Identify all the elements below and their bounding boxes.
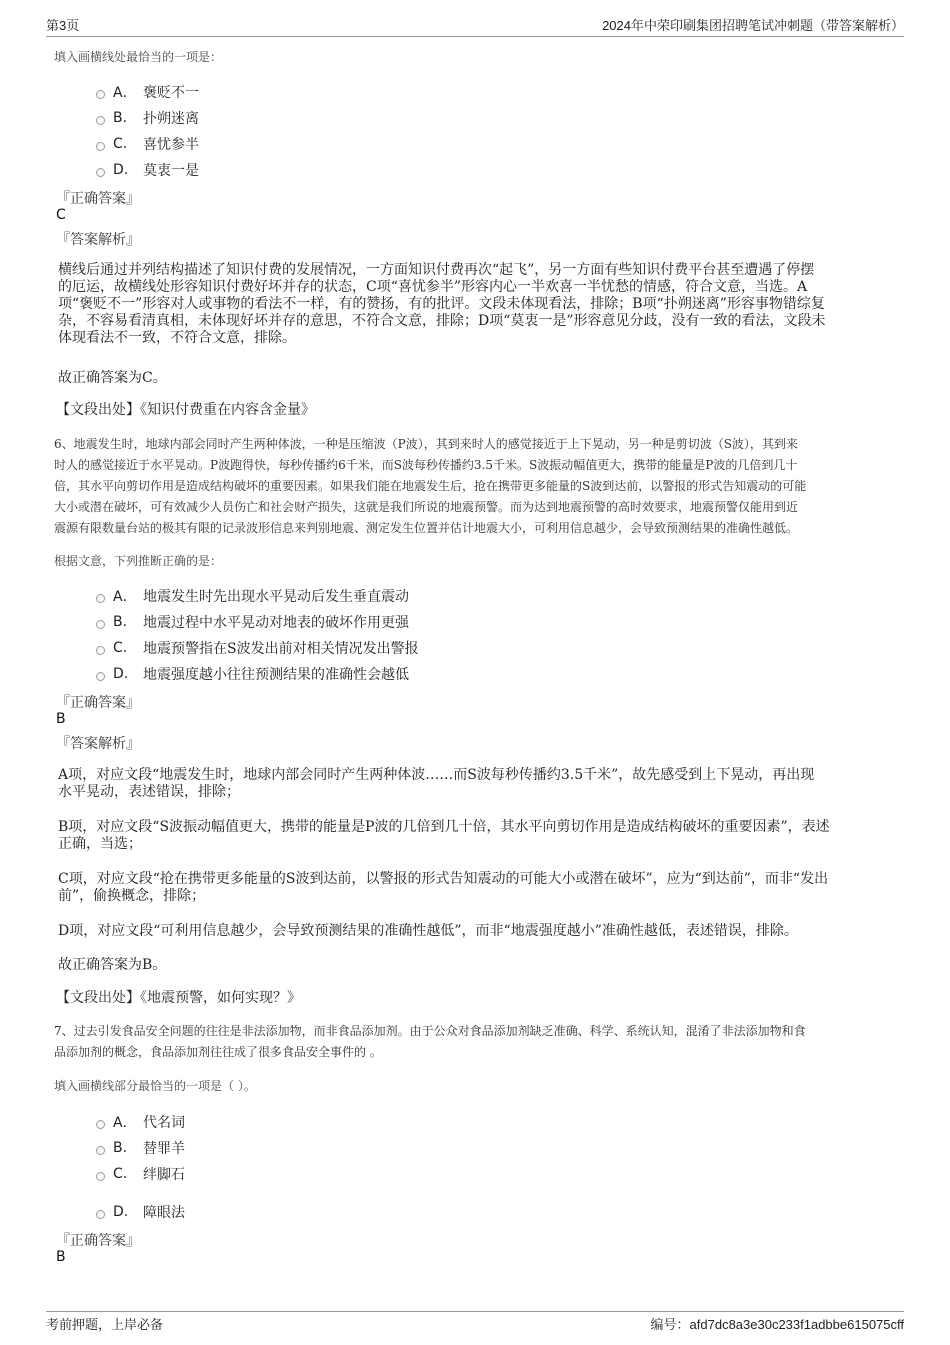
radio-button[interactable] <box>96 1172 105 1181</box>
page-footer: 考前押题，上岸必备 编号：afd7dc8a3e30c233f1adbbe6150… <box>46 1311 904 1334</box>
q6-prompt: 根据文意，下列推断正确的是： <box>54 552 222 569</box>
q6-option-d[interactable]: D. 地震强度越小往往预测结果的准确性会越低 <box>96 664 409 684</box>
q5-option-a[interactable]: A． 褒贬不一 <box>96 82 199 102</box>
q5-source: 【文段出处】《知识付费重在内容含金量》 <box>56 402 315 419</box>
document-serial: 编号：afd7dc8a3e30c233f1adbbe615075cff <box>651 1314 904 1333</box>
radio-button[interactable] <box>96 646 105 655</box>
q5-answer: C <box>56 207 66 223</box>
q7-prompt: 填入画横线部分最恰当的一项是（ ）。 <box>54 1077 256 1094</box>
q6-stem: 6、地震发生时，地球内部会同时产生两种体波，一种是压缩波（P波），其到来时人的感… <box>54 434 904 539</box>
q5-analysis-label: 『答案解析』 <box>56 229 140 249</box>
q7-option-d[interactable]: D. 障眼法 <box>96 1202 185 1222</box>
q7-option-b[interactable]: B. 替罪羊 <box>96 1138 185 1158</box>
radio-button[interactable] <box>96 672 105 681</box>
q5-analysis: 横线后通过并列结构描述了知识付费的发展情况，一方面知识付费再次“起飞”，另一方面… <box>58 262 898 347</box>
q6-conclusion: 故正确答案为B。 <box>58 957 166 974</box>
q7-answer: B <box>56 1249 66 1265</box>
radio-button[interactable] <box>96 1210 105 1219</box>
q6-analysis-b: B项，对应文段“S波振动幅值更大，携带的能量是P波的几倍到几十倍，其水平向剪切作… <box>58 819 898 853</box>
q7-answer-label: 『正确答案』 <box>56 1230 140 1250</box>
q5-conclusion: 故正确答案为C。 <box>58 370 167 387</box>
q5-option-d[interactable]: D. 莫衷一是 <box>96 160 199 180</box>
q5-answer-label: 『正确答案』 <box>56 188 140 208</box>
radio-button[interactable] <box>96 594 105 603</box>
q6-option-a[interactable]: A． 地震发生时先出现水平晃动后发生垂直震动 <box>96 586 409 606</box>
q6-option-b[interactable]: B. 地震过程中水平晃动对地表的破坏作用更强 <box>96 612 409 632</box>
q6-analysis-d: D项，对应文段“可利用信息越少，会导致预测结果的准确性越低”，而非“地震强度越小… <box>58 923 898 940</box>
q5-option-c[interactable]: C. 喜忧参半 <box>96 134 199 154</box>
q5-option-b[interactable]: B. 扑朔迷离 <box>96 108 199 128</box>
q6-answer: B <box>56 711 66 727</box>
radio-button[interactable] <box>96 620 105 629</box>
q6-option-c[interactable]: C. 地震预警指在S波发出前对相关情况发出警报 <box>96 638 419 658</box>
page-header: 第3页 2024年中荣印刷集团招聘笔试冲刺题（带答案解析） <box>46 14 904 37</box>
footer-slogan: 考前押题，上岸必备 <box>46 1314 163 1333</box>
page-number: 第3页 <box>46 15 79 34</box>
q6-analysis-c: C项，对应文段“抢在携带更多能量的S波到达前，以警报的形式告知震动的可能大小或潜… <box>58 871 898 905</box>
q7-option-a[interactable]: A． 代名词 <box>96 1112 185 1132</box>
q6-analysis-label: 『答案解析』 <box>56 733 140 753</box>
document-title: 2024年中荣印刷集团招聘笔试冲刺题（带答案解析） <box>602 15 904 34</box>
q7-stem: 7、过去引发食品安全问题的往往是非法添加物，而非食品添加剂。由于公众对食品添加剂… <box>54 1021 904 1063</box>
radio-button[interactable] <box>96 90 105 99</box>
radio-button[interactable] <box>96 168 105 177</box>
q6-source: 【文段出处】《地震预警，如何实现？》 <box>56 990 301 1007</box>
radio-button[interactable] <box>96 116 105 125</box>
radio-button[interactable] <box>96 142 105 151</box>
radio-button[interactable] <box>96 1120 105 1129</box>
q6-analysis-a: A项，对应文段“地震发生时，地球内部会同时产生两种体波……而S波每秒传播约3.5… <box>58 767 898 801</box>
q7-option-c[interactable]: C. 绊脚石 <box>96 1164 185 1184</box>
q5-prompt: 填入画横线处最恰当的一项是： <box>54 48 222 65</box>
q6-answer-label: 『正确答案』 <box>56 692 140 712</box>
radio-button[interactable] <box>96 1146 105 1155</box>
